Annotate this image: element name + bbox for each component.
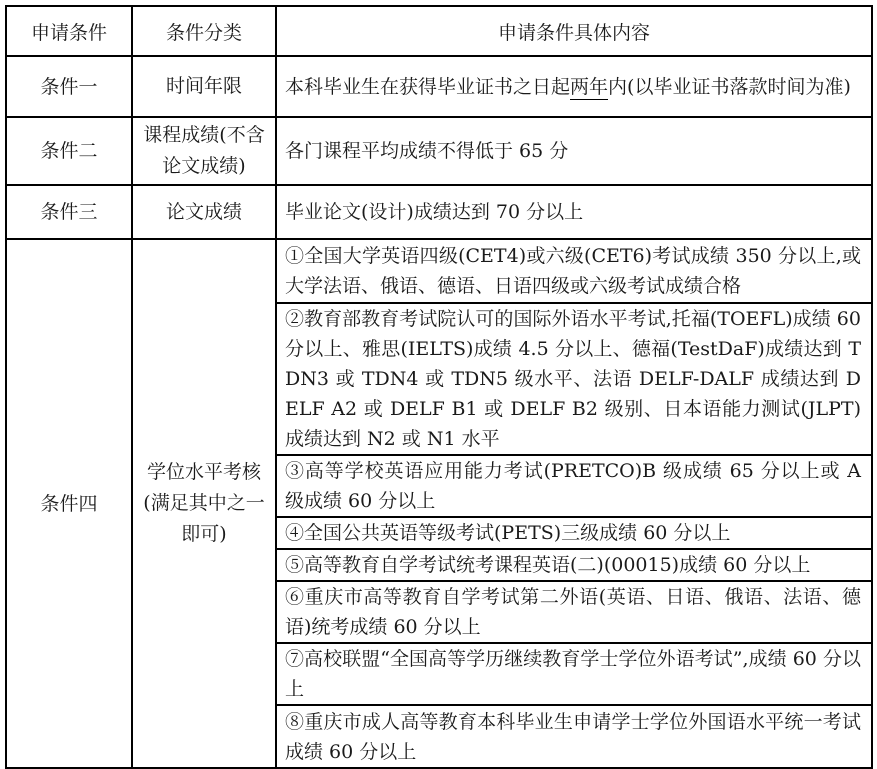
table-row-condition-2: 条件二 课程成绩(不含论文成绩) 各门课程平均成绩不得低于 65 分 [6, 117, 872, 185]
condition-4-item-3: ③高等学校英语应用能力考试(PRETCO)B 级成绩 65 分以上或 A 级成绩… [276, 455, 872, 517]
header-cell-condition-category: 条件分类 [132, 6, 276, 56]
content-text: 内(以毕业证书落款时间为准) [608, 76, 851, 98]
condition-4-category: 学位水平考核(满足其中之一即可) [132, 239, 276, 768]
header-cell-condition-content: 申请条件具体内容 [276, 6, 872, 56]
condition-4-item-7: ⑦高校联盟“全国高等学历继续教育学士学位外语考试”,成绩 60 分以上 [276, 643, 872, 705]
condition-1-category: 时间年限 [132, 56, 276, 117]
condition-4-label: 条件四 [6, 239, 132, 768]
condition-1-content: 本科毕业生在获得毕业证书之日起两年内(以毕业证书落款时间为准) [276, 56, 872, 117]
condition-4-item-8: ⑧重庆市成人高等教育本科毕业生申请学士学位外国语水平统一考试成绩 60 分以上 [276, 705, 872, 768]
condition-3-content: 毕业论文(设计)成绩达到 70 分以上 [276, 185, 872, 239]
condition-2-label: 条件二 [6, 117, 132, 185]
underlined-text: 两年 [570, 76, 608, 100]
document-page: 申请条件 条件分类 申请条件具体内容 条件一 时间年限 本科毕业生在获得毕业证书… [0, 0, 877, 757]
condition-2-category: 课程成绩(不含论文成绩) [132, 117, 276, 185]
table-row-condition-4-item-1: 条件四 学位水平考核(满足其中之一即可) ①全国大学英语四级(CET4)或六级(… [6, 239, 872, 303]
condition-3-label: 条件三 [6, 185, 132, 239]
content-text: 本科毕业生在获得毕业证书之日起 [285, 76, 570, 98]
condition-4-item-1: ①全国大学英语四级(CET4)或六级(CET6)考试成绩 350 分以上,或大学… [276, 239, 872, 303]
condition-4-item-4: ④全国公共英语等级考试(PETS)三级成绩 60 分以上 [276, 517, 872, 549]
condition-4-item-2: ②教育部教育考试院认可的国际外语水平考试,托福(TOEFL)成绩 60 分以上、… [276, 303, 872, 455]
application-conditions-table: 申请条件 条件分类 申请条件具体内容 条件一 时间年限 本科毕业生在获得毕业证书… [5, 5, 873, 769]
condition-1-label: 条件一 [6, 56, 132, 117]
table-row-condition-1: 条件一 时间年限 本科毕业生在获得毕业证书之日起两年内(以毕业证书落款时间为准) [6, 56, 872, 117]
table-header-row: 申请条件 条件分类 申请条件具体内容 [6, 6, 872, 56]
condition-4-item-6: ⑥重庆市高等教育自学考试第二外语(英语、日语、俄语、法语、德语)统考成绩 60 … [276, 581, 872, 643]
header-cell-application-condition: 申请条件 [6, 6, 132, 56]
condition-4-item-5: ⑤高等教育自学考试统考课程英语(二)(00015)成绩 60 分以上 [276, 549, 872, 581]
table-row-condition-3: 条件三 论文成绩 毕业论文(设计)成绩达到 70 分以上 [6, 185, 872, 239]
condition-3-category: 论文成绩 [132, 185, 276, 239]
condition-2-content: 各门课程平均成绩不得低于 65 分 [276, 117, 872, 185]
